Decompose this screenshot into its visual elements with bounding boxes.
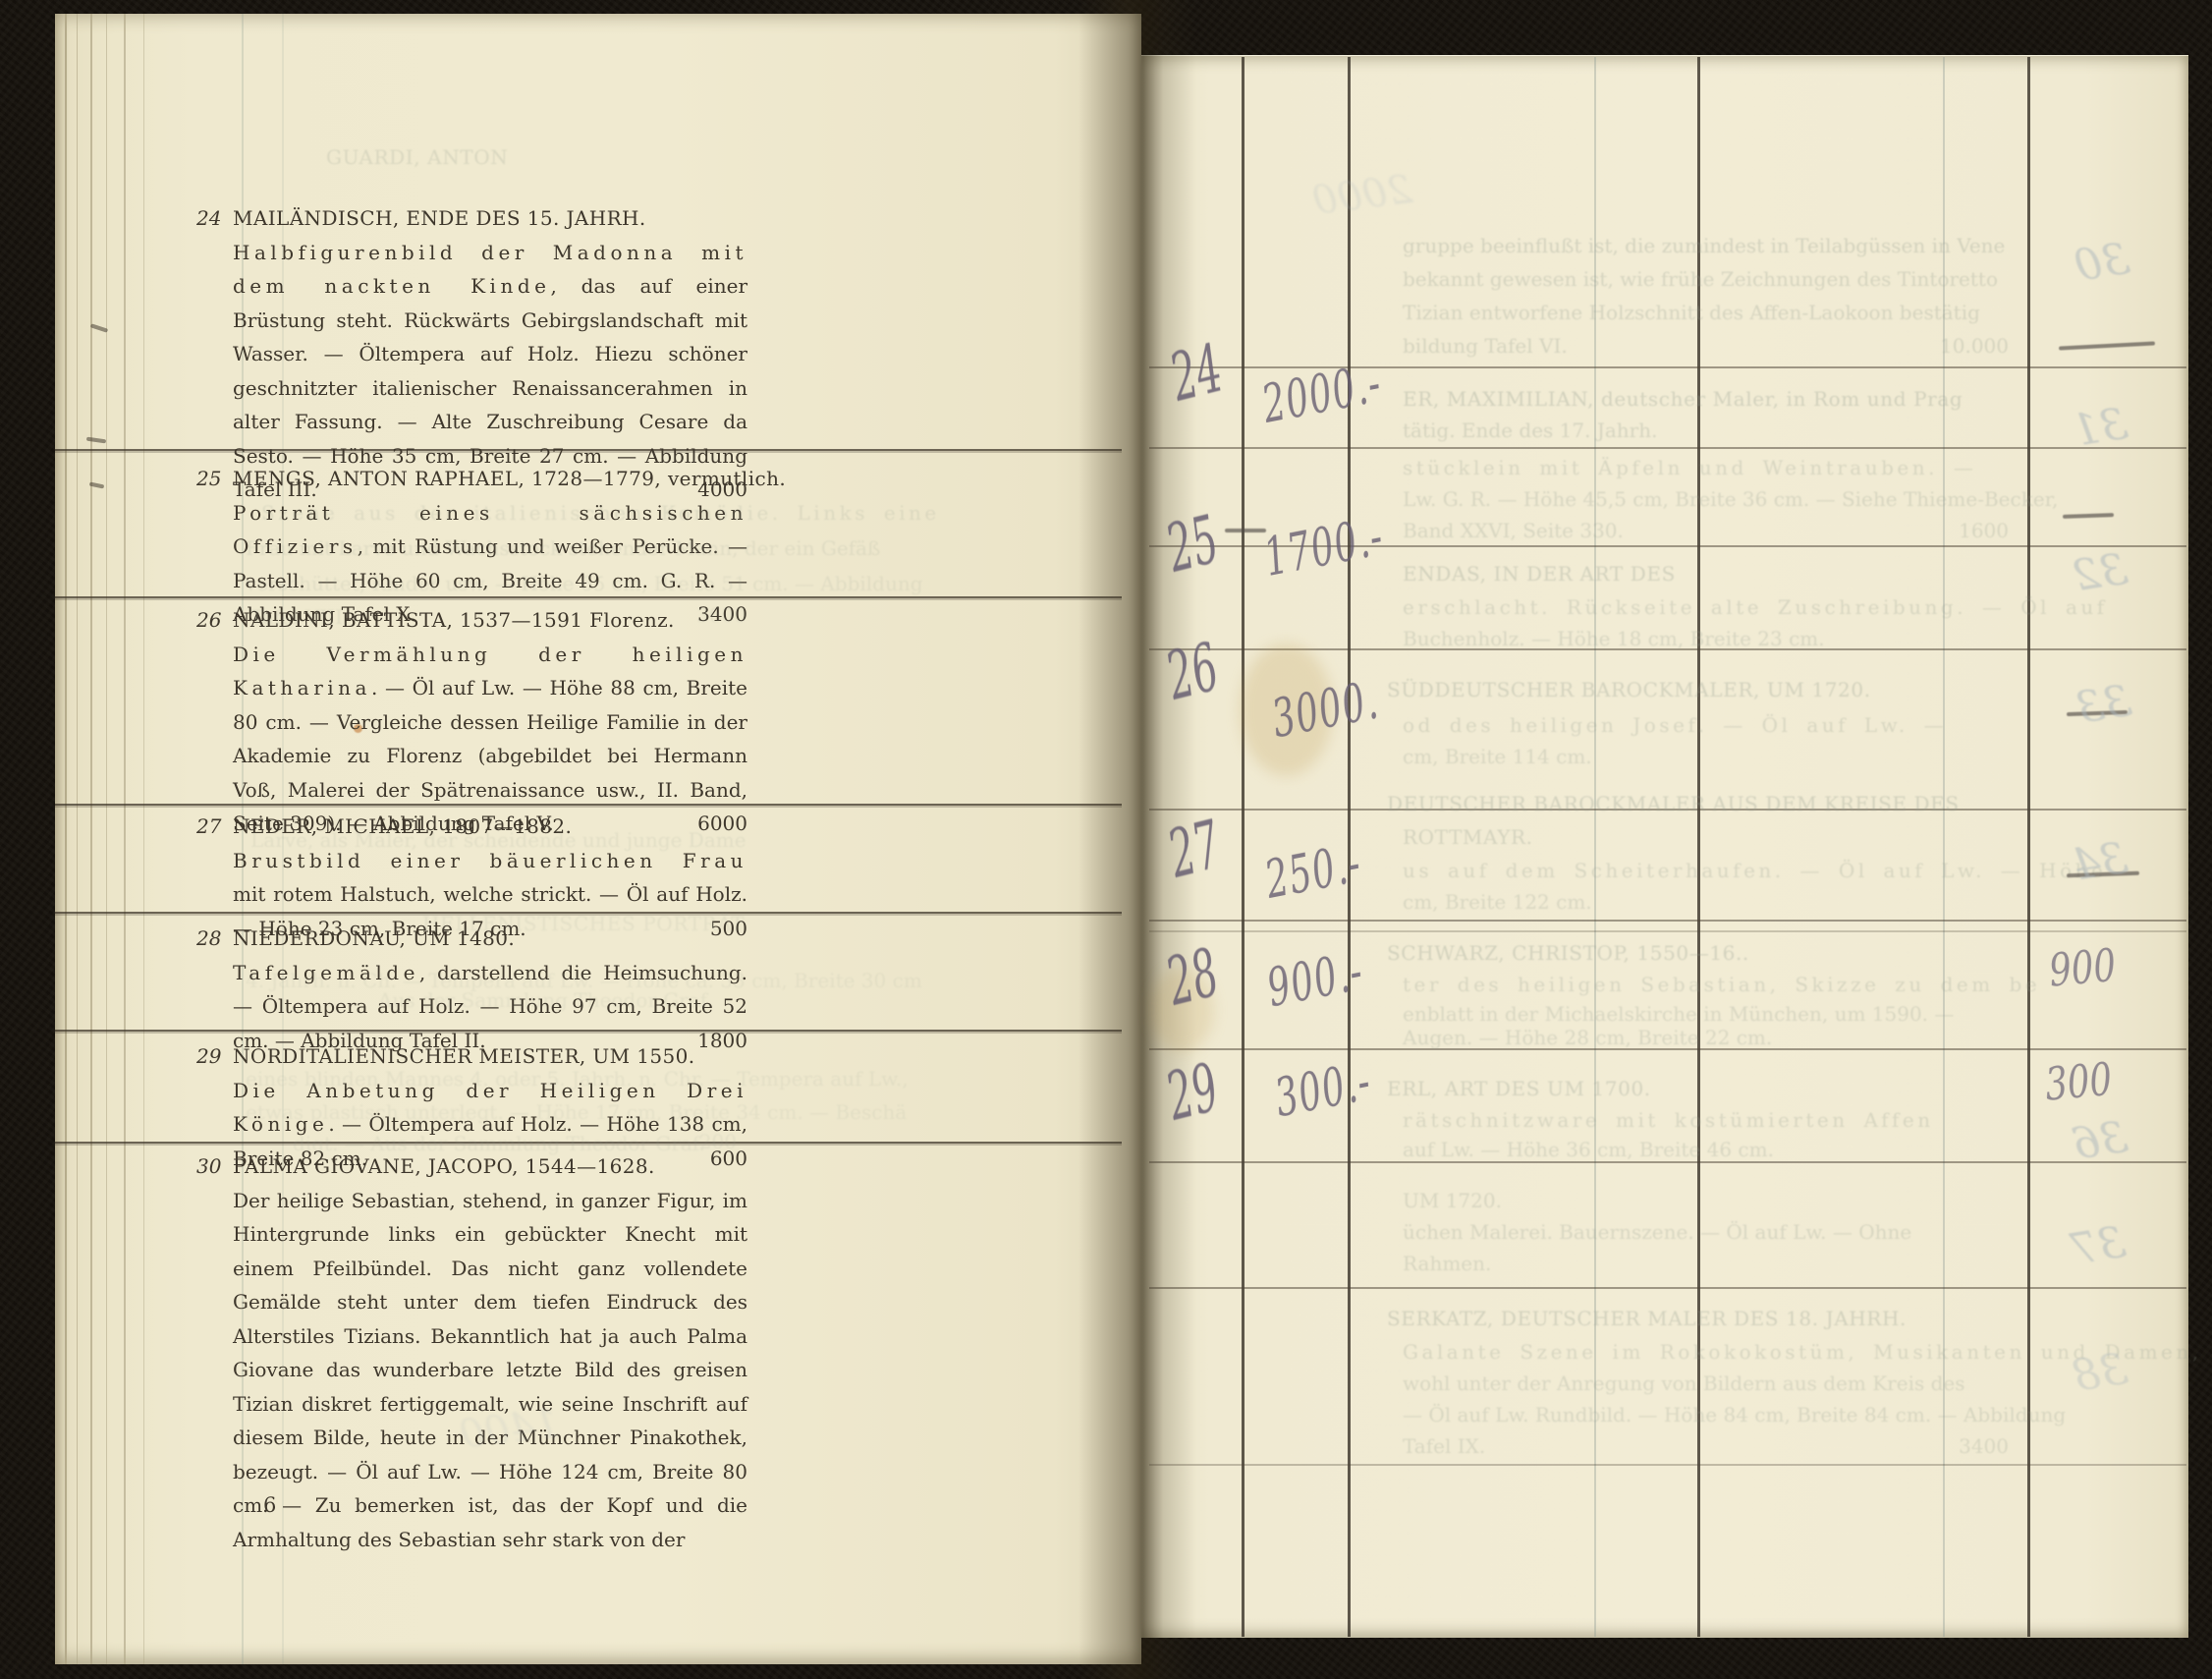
row-rule [1149,930,2186,932]
lot-title-spaced: Brustbild einer bäuerlichen Frau [233,849,747,872]
page-edge [65,14,67,1664]
ledger-column-rule-faint [1594,57,1596,1637]
bleed-text: Augen. — Höhe 28 cm, Breite 22 cm. [1403,1026,1772,1049]
bleed-text: rätschnitzware mit kostümierten Affen [1403,1108,1934,1132]
bleed-lot-number: 37 [2067,1217,2129,1275]
bleed-text: SERKATZ, DEUTSCHER MALER DES 18. JAHRH. [1387,1307,1907,1330]
bleed-text: Frau mit Larve und Wachsstock stehender … [246,536,880,560]
lot-number: 26 [196,603,221,638]
lot-number: 29 [196,1039,221,1074]
lot-entry: 24 MAILÄNDISCH, ENDE DES 15. JAHRH. Halb… [233,201,747,507]
bleed-text: Rahmen. [1403,1252,1491,1275]
page-number: 6 [263,1493,276,1517]
bleed-text: — Öl auf Lw. Rundbild. — Höhe 84 cm, Bre… [1403,1403,2066,1427]
bleed-text: Lw. G. R. — Höhe 45,5 cm, Breite 36 cm. … [1403,487,2058,511]
bleed-text: ter des heiligen Sebastian, Skizze zu de… [1403,973,2040,996]
bleed-text: etwas plastisch unterlegt. — Höhe 17 cm,… [246,1100,907,1124]
bleed-text: od des heiligen Josef. — Öl auf Lw. — [1403,713,1947,737]
bleed-text: bildung Tafel VI. [1403,334,1568,358]
bleed-lot-number: 36 [2069,1112,2130,1170]
bleed-price: 1600 [1861,519,2009,542]
lot-number: 28 [196,922,221,956]
page-edge [77,14,78,1664]
lot-number: 25 [196,462,221,496]
bleed-text: Band XXVI, Seite 330. [1403,519,1624,542]
bleed-text: SÜDDEUTSCHER BAROCKMALER, UM 1720. [1387,678,1871,701]
bleed-text: cm, Breite 122 cm. [1403,890,1592,914]
bleed-text: eines blinden Mannes 4. oder 5. Jahrh. n… [246,1067,909,1091]
bleed-text: wohl unter der Anregung von Bildern aus … [1403,1371,1965,1395]
row-rule [1149,1287,2186,1289]
bleed-text: erschlacht. Rückseite alte Zuschreibung.… [1403,595,2108,619]
lot-text: Der heilige Sebastian, stehend, in ganze… [233,1189,747,1551]
bleed-text: HELLENISTISCHES PORTRÄT [422,912,745,935]
handwritten-price: 900 [2047,939,2118,997]
row-rule [1149,920,2186,922]
bleed-text: SCHWARZ, CHRISTOP, 1550—16.. [1387,941,1749,965]
lot-heading: MAILÄNDISCH, ENDE DES 15. JAHRH. [233,201,747,236]
lot-number: 27 [196,810,221,844]
page-edge [124,14,126,1664]
ledger-column-rule [2027,57,2030,1637]
bleed-text: ER, MAXIMILIAN, deutscher Maler, in Rom … [1403,387,1963,411]
bleed-text: stücklein mit Äpfeln und Weintrauben. — [1403,456,1976,479]
row-rule [1149,1161,2186,1163]
ledger-column-rule [1697,57,1700,1637]
bleed-text: Tafel IX. [1403,1434,1485,1458]
bleed-text: cm, Breite 114 cm. [1403,745,1592,768]
handwritten-price: 300 [2043,1053,2114,1111]
page-edge [90,14,92,1664]
bleed-text: UM 1720. [1403,1189,1502,1212]
bleed-text: tätig. Ende des 17. Jahrh. [1403,419,1657,442]
bleed-text: DEUTSCHER BAROCKMALER AUS DEM KREISE DES [1387,792,1960,815]
lot-number: 30 [196,1149,221,1184]
lot-heading: MENGS, ANTON RAPHAEL, 1728—1779, vermutl… [233,462,747,496]
bleed-price: 3600 [599,603,747,627]
bleed-lot-number: 30 [2071,234,2132,292]
bleed-text: üchen Malerei. Bauernszene. — Öl auf Lw.… [1403,1220,1911,1244]
bleed-text: Tafel VIII. [250,605,349,629]
bleed-text: Buchenholz. — Höhe 18 cm, Breite 23 cm. [1403,627,1825,650]
bleed-text: Aus der Sammlung Theodor Graf. [378,988,713,1012]
page-edge [143,14,144,1664]
bleed-text: verschüttet, Kinder usw. — Höhe 65 cm, B… [246,572,923,595]
bleed-text: enblatt in der Michaelskirche in München… [1403,1002,1954,1026]
ledger-column-rule-faint [1943,57,1945,1637]
bleed-text: ERL, ART DES UM 1700. [1387,1077,1651,1100]
row-rule [1149,1464,2186,1466]
bleed-price: 10.000 [1861,334,2009,358]
bleed-lot-number: 38 [2069,1344,2130,1402]
bleed-text: bekannt gewesen ist, wie frühe Zeichnung… [1403,267,1998,291]
bleed-text: Tizian entworfene Holzschnitt des Affen-… [1403,301,1980,324]
bleed-lot-number: 34 [2069,833,2130,891]
bleed-text: ENDAS, IN DER ART DES [1403,562,1676,586]
bleed-lot-number: 33 [2073,676,2134,734]
bleed-lot-number: 31 [2069,399,2130,457]
row-rule [1149,447,2186,449]
ledger-column-rule [1242,57,1244,1637]
bleed-text: GUARDI, ANTON [326,145,508,169]
bleed-text: auf Lw. — Höhe 36 cm, Breite 46 cm. [1403,1138,1774,1161]
bleed-text: us auf dem Scheiterhaufen. — Öl auf Lw. … [1403,859,2106,882]
bleed-text: Szene aus der italienischen Komödie. Lin… [261,501,940,525]
bleed-text: gruppe beeinflußt ist, die zumindest in … [1403,234,2005,257]
lot-entry: 26 NALDINI, BATTISTA, 1537—1591 Florenz.… [233,603,747,841]
lot-entry: 30 PALMA GIOVANE, JACOPO, 1544—1628. Der… [233,1149,747,1556]
bleed-lot-number: 32 [2069,544,2130,602]
bleed-price: 200 [589,1130,737,1153]
bleed-text: ROTTMAYR. [1403,825,1533,849]
bleed-price: 3400 [1861,1434,2009,1458]
page-edge [106,14,107,1664]
book-photo: { "left_page": { "page_number": "6", "en… [0,0,2212,1679]
bleed-text: Larve, als Maler, der scheidende und jun… [250,828,747,852]
lot-number: 24 [196,201,221,236]
lot-description: Der heilige Sebastian, stehend, in ganze… [233,1184,747,1557]
